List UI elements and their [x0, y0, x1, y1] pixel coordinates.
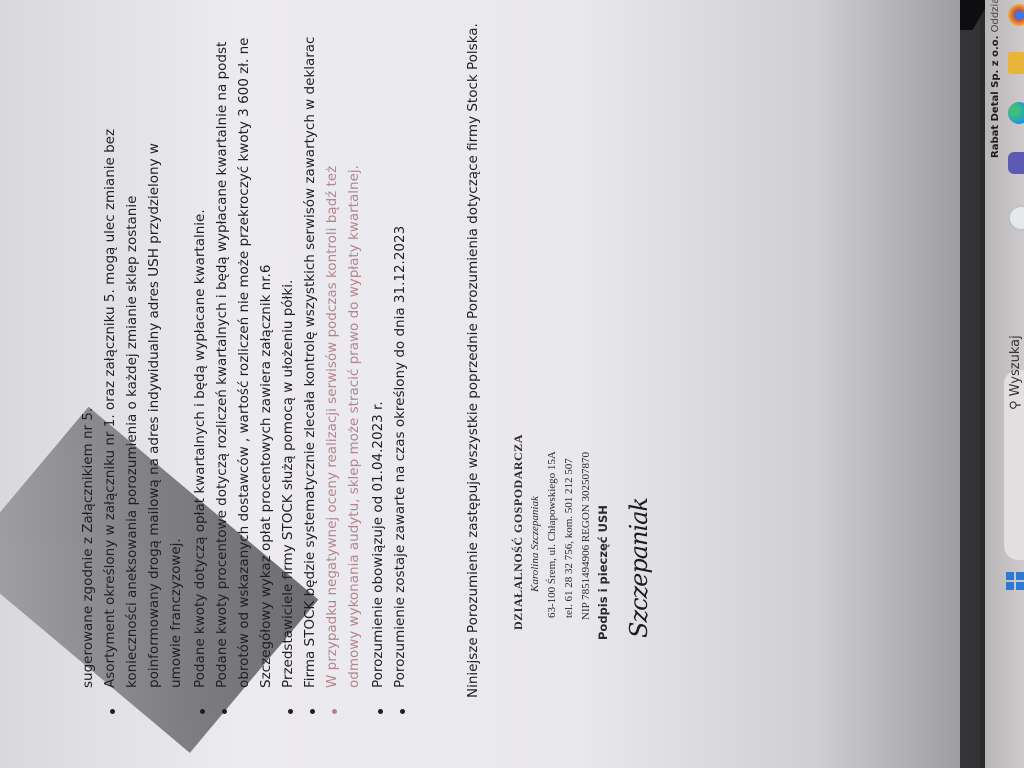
teams-icon[interactable]: [1008, 152, 1024, 174]
search-label[interactable]: ⚲ Wyszukaj: [1008, 335, 1023, 410]
document-line: Przedstawiciele firmy STOCK służą pomocą…: [280, 280, 296, 688]
edge-icon[interactable]: [1008, 102, 1024, 124]
signature-caption: Podpis i pieczęć USH: [595, 434, 612, 640]
bullet-icon: [200, 709, 205, 714]
document-line: poinformowany drogą mailową na adres ind…: [146, 143, 162, 688]
bullet-icon: [400, 709, 405, 714]
document-line: obrotów od wskazanych dostawców , wartoś…: [236, 38, 252, 689]
document-line: Podane kwoty procentowe dotyczą rozlicze…: [214, 42, 230, 688]
window-title-rest: Oddział: [990, 0, 1001, 36]
document-line: Firma STOCK będzie systematycznie zlecał…: [302, 37, 318, 688]
bullet-icon: [288, 709, 293, 714]
document-line: Podane kwoty dotyczą opłat kwartalnych i…: [192, 209, 208, 688]
document-line: Asortyment określony w załączniku nr 1. …: [102, 129, 118, 688]
document-line: Porozumienie zostaje zawarte na czas okr…: [392, 226, 408, 688]
stamp-title: DZIAŁALNOŚĆ GOSPODARCZA: [510, 434, 527, 630]
start-button-windows-icon[interactable]: [1006, 572, 1024, 590]
file-explorer-icon[interactable]: [1008, 52, 1024, 74]
bullet-icon: [378, 709, 383, 714]
stamp-name: Karolina Szczepaniak: [527, 434, 544, 592]
bullet-icon: [110, 709, 115, 714]
document-line: konieczności aneksowania porozumienia o …: [124, 196, 140, 688]
stamp-address: 63-100 Śrem, ul. Chłapowskiego 15A: [544, 434, 561, 618]
document-line: Szczegółowy wykaz opłat procentowych zaw…: [258, 265, 274, 688]
stamp-phone: tel. 61 28 32 756, kom. 501 212 507: [561, 434, 578, 618]
chrome-icon[interactable]: [1008, 4, 1024, 26]
active-window-title[interactable]: Rabat Detal Sp. z o.o. Oddział: [990, 0, 1001, 158]
bullet-icon: [332, 709, 337, 714]
company-stamp: DZIAŁALNOŚĆ GOSPODARCZA Karolina Szczepa…: [510, 434, 612, 640]
search-icon: ⚲: [1008, 400, 1023, 410]
document-line: Porozumienie obowiązuje od 01.04.2023 r.: [370, 401, 386, 688]
document-body: Niniejsze Porozumienie zastępuje wszystk…: [80, 0, 700, 700]
closing-statement: Niniejsze Porozumienie zastępuje wszystk…: [465, 23, 481, 698]
document-line: W przypadku negatywnej oceny realizacji …: [324, 166, 340, 688]
stamp-ids: NIP 7851494906 REGON 302507870: [578, 434, 595, 620]
document-line: umowie franczyzowej.: [168, 538, 184, 688]
search-placeholder: Wyszukaj: [1008, 335, 1023, 396]
bullet-icon: [310, 709, 315, 714]
document-line: sugerowane zgodnie z Załącznikiem nr 5.: [80, 408, 96, 688]
handwritten-signature: Szczepaniak: [625, 498, 653, 638]
window-title-bold: Rabat Detal Sp. z o.o.: [990, 36, 1001, 158]
document-line: odmowy wykonania audytu, sklep może stra…: [346, 165, 362, 688]
bullet-icon: [222, 709, 227, 714]
